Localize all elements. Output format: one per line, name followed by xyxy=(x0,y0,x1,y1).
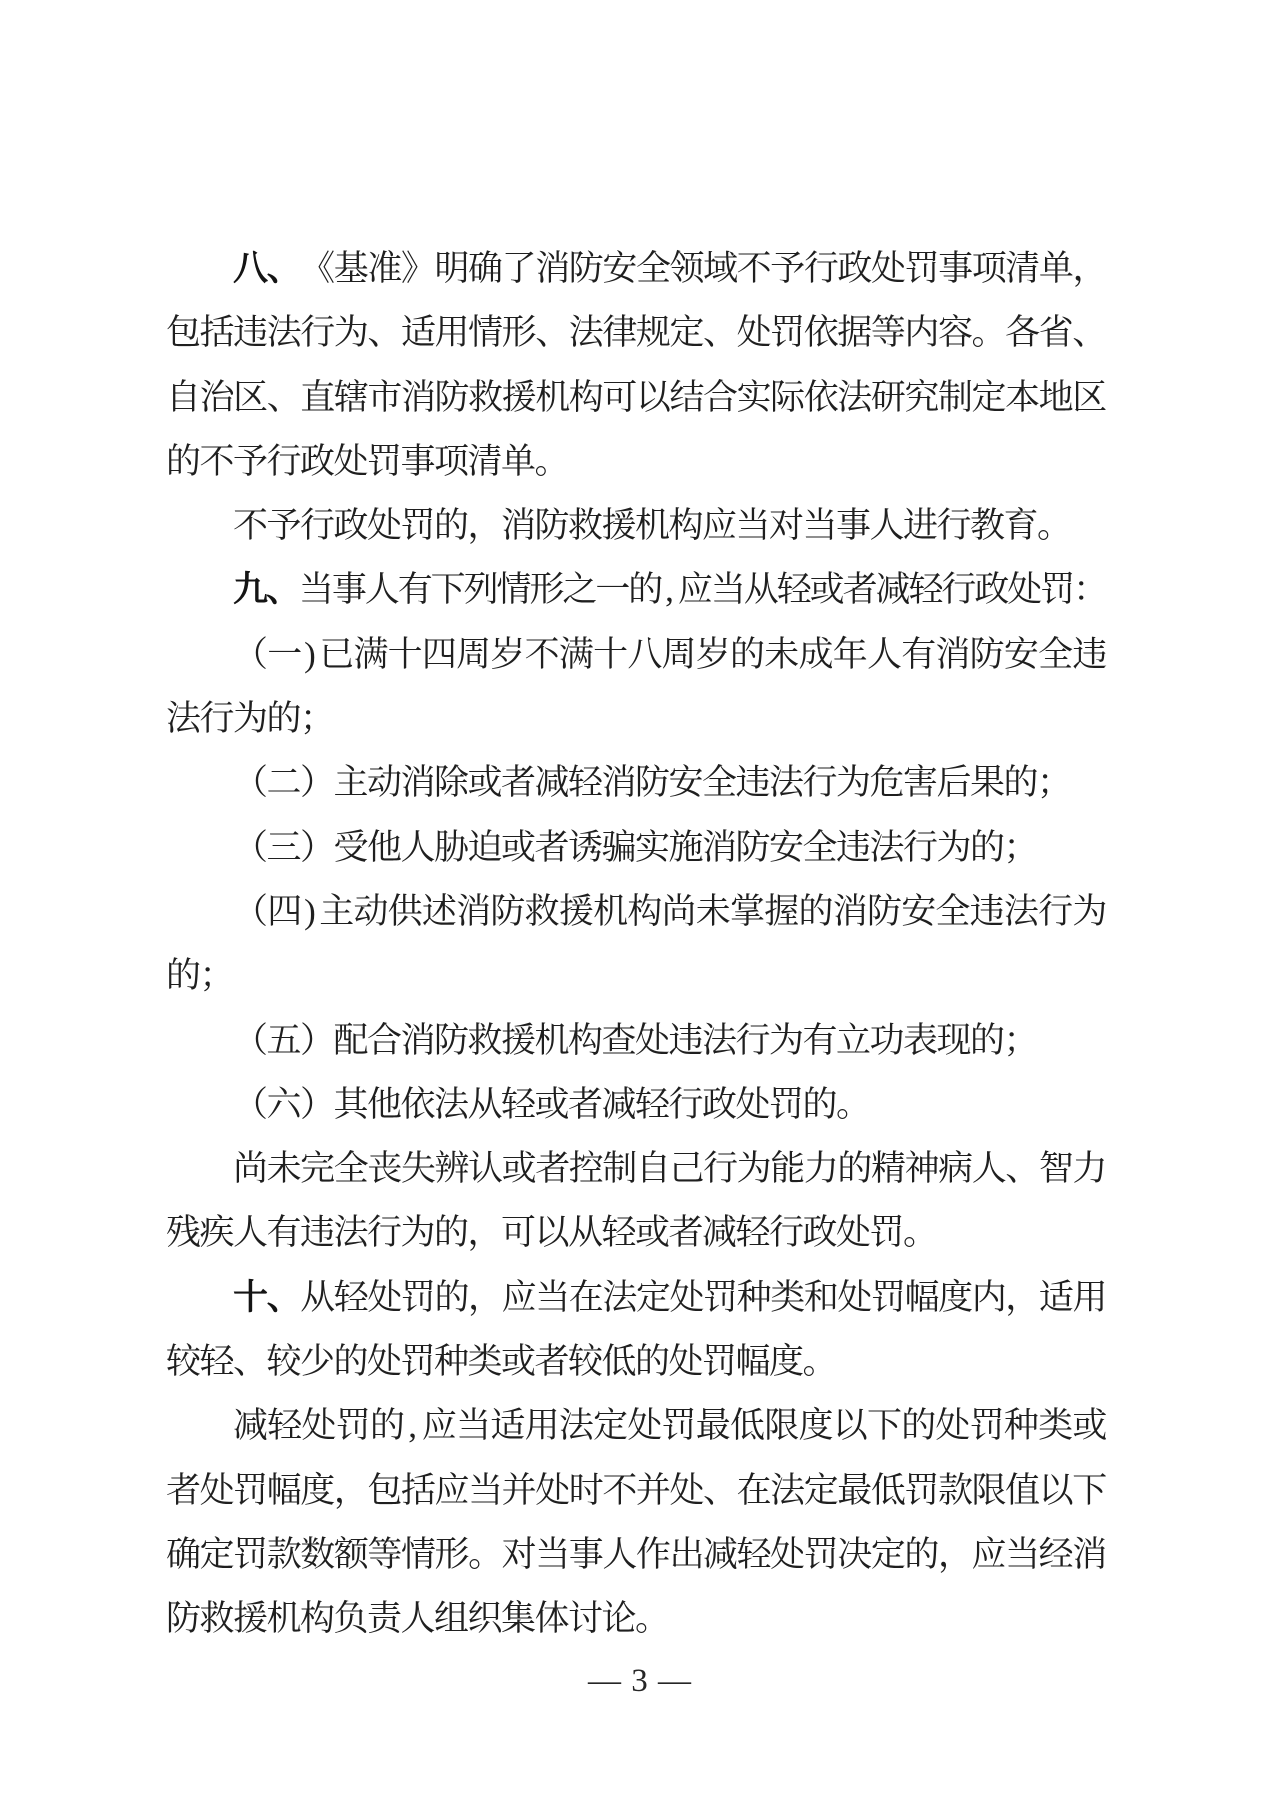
text-char: 成 xyxy=(798,623,832,687)
text-line: 确定罚款数额等情形。对当事人作出减轻处罚决定的，应当经消 xyxy=(166,1523,1106,1587)
text-char: 下 xyxy=(1072,1459,1106,1523)
text-char: ； xyxy=(1004,816,1038,880)
text-char: 处 xyxy=(367,1266,401,1330)
text-char: （ xyxy=(233,880,267,944)
text-char: 轻 xyxy=(267,1394,301,1458)
text-char: 合 xyxy=(703,366,737,430)
text-line: （三）受他人胁迫或者诱骗实施消防安全违法行为的； xyxy=(166,816,1106,880)
text-char: 认 xyxy=(468,1137,502,1201)
text-char: 救 xyxy=(200,1587,234,1651)
text-char: 低 xyxy=(730,1394,764,1458)
text-char: 构 xyxy=(669,494,703,558)
text-char: 四 xyxy=(267,880,301,944)
text-char: 直 xyxy=(300,366,334,430)
section-number-char: 八 xyxy=(233,237,267,301)
text-char: 法 xyxy=(166,687,200,751)
text-char: 律 xyxy=(602,301,636,365)
text-char: 依 xyxy=(804,366,838,430)
text-char: 时 xyxy=(569,1459,603,1523)
text-char: 政 xyxy=(702,1073,736,1137)
text-char: 当 xyxy=(1005,1523,1039,1587)
section-number-char: 九 xyxy=(233,558,266,622)
text-char: 下 xyxy=(867,1394,901,1458)
text-line: （六）其他依法从轻或者减轻行政处罚的。 xyxy=(166,1073,1106,1137)
text-char: 、 xyxy=(703,1459,737,1523)
text-char: 度 xyxy=(938,1266,972,1330)
text-char: 三 xyxy=(267,816,301,880)
text-char: 五 xyxy=(267,1009,301,1073)
text-char: 罚 xyxy=(970,1394,1004,1458)
text-char: ， xyxy=(938,1523,972,1587)
text-char: 准 xyxy=(367,237,401,301)
text-char: 四 xyxy=(422,623,456,687)
text-char: 不 xyxy=(233,494,267,558)
text-char: 未 xyxy=(764,623,798,687)
text-char: 事 xyxy=(569,1523,603,1587)
text-char: 的 xyxy=(803,1073,837,1137)
text-char: 消 xyxy=(935,623,969,687)
text-char: 种 xyxy=(434,1330,468,1394)
text-char: 种 xyxy=(1004,1394,1038,1458)
text-char: 最 xyxy=(696,1394,730,1458)
text-char: 减 xyxy=(233,1394,267,1458)
text-char: 应 xyxy=(678,558,711,622)
text-char: 违 xyxy=(233,301,267,365)
text-char: 防 xyxy=(166,1587,200,1651)
text-char: 违 xyxy=(300,1201,334,1265)
text-char: 减 xyxy=(535,751,569,815)
text-char: 度 xyxy=(798,1394,832,1458)
text-char: 应 xyxy=(502,1266,536,1330)
text-char: 、 xyxy=(1072,301,1106,365)
text-char: 应 xyxy=(972,1523,1006,1587)
text-char: 或 xyxy=(502,1137,536,1201)
text-char: 从 xyxy=(300,1266,334,1330)
text-char: 并 xyxy=(502,1459,536,1523)
text-char: 二 xyxy=(267,751,301,815)
text-char: 包 xyxy=(367,1459,401,1523)
text-char: 疾 xyxy=(200,1201,234,1265)
text-char: 安 xyxy=(602,237,636,301)
text-char: 确 xyxy=(166,1523,200,1587)
text-char: 为 xyxy=(769,1009,803,1073)
text-char: 处 xyxy=(301,1394,335,1458)
text-char: 。 xyxy=(836,1073,870,1137)
text-char: 区 xyxy=(233,366,267,430)
text-char: 制 xyxy=(602,1137,636,1201)
text-char: 罚 xyxy=(804,1523,838,1587)
text-char: 减 xyxy=(703,1523,737,1587)
text-char: ， xyxy=(1072,237,1106,301)
text-char: 处 xyxy=(670,1266,704,1330)
text-char: 行 xyxy=(300,301,334,365)
text-char: 的 xyxy=(730,623,764,687)
text-char: 行 xyxy=(300,494,334,558)
text-char: 消 xyxy=(401,1009,435,1073)
text-char: 值 xyxy=(1005,1459,1039,1523)
text-char: 构 xyxy=(300,1587,334,1651)
text-char: 罚 xyxy=(769,1073,803,1137)
text-char: 情 xyxy=(468,301,502,365)
text-char: 法 xyxy=(770,1459,804,1523)
text-char: 消 xyxy=(833,880,867,944)
text-char: 者 xyxy=(535,816,569,880)
text-line: 法行为的； xyxy=(166,687,1106,751)
text-char: 之 xyxy=(562,558,595,622)
text-char: 或 xyxy=(501,816,535,880)
text-char: 危 xyxy=(870,751,904,815)
text-char: ） xyxy=(300,1009,334,1073)
text-char: 行 xyxy=(267,430,301,494)
text-char: 人 xyxy=(233,1201,267,1265)
text-char: 据 xyxy=(837,301,871,365)
text-char: 幅 xyxy=(736,1330,770,1394)
text-char: 当 xyxy=(535,1523,569,1587)
text-char: 消 xyxy=(501,494,535,558)
text-char: ； xyxy=(200,944,234,1008)
text-char: 、 xyxy=(1005,1137,1039,1201)
text-char: 结 xyxy=(669,366,703,430)
text-char: 度 xyxy=(300,1459,334,1523)
text-char: 十 xyxy=(593,623,627,687)
text-char: ， xyxy=(468,494,502,558)
text-char: 罚 xyxy=(401,1330,435,1394)
text-char: 消 xyxy=(456,880,490,944)
text-char: ， xyxy=(468,1201,502,1265)
text-char: 罚 xyxy=(233,1459,267,1523)
text-char: 处 xyxy=(871,237,905,301)
text-char: 行 xyxy=(1038,880,1072,944)
text-char: 周 xyxy=(456,623,490,687)
text-line: 防救援机构负责人组织集体讨论。 xyxy=(166,1587,1106,1651)
text-char: 轻 xyxy=(737,1523,771,1587)
text-char: 定 xyxy=(593,1394,627,1458)
text-char: 立 xyxy=(836,1009,870,1073)
text-char: 款 xyxy=(938,1459,972,1523)
text-char: 力 xyxy=(1072,1137,1106,1201)
text-char: ) xyxy=(301,880,318,944)
text-char: 自 xyxy=(166,366,200,430)
text-char: 供 xyxy=(388,880,422,944)
text-char: 负 xyxy=(334,1587,368,1651)
text-char: 丧 xyxy=(367,1137,401,1201)
text-char: 少 xyxy=(300,1330,334,1394)
text-char: 用 xyxy=(525,1394,559,1458)
text-char: 配 xyxy=(334,1009,368,1073)
text-char: 责 xyxy=(367,1587,401,1651)
text-char: 现 xyxy=(937,1009,971,1073)
text-line: 不予行政处罚的，消防救援机构应当对当事人进行教育。 xyxy=(166,494,1106,558)
text-char: 己 xyxy=(670,1137,704,1201)
text-char: 岁 xyxy=(490,623,524,687)
text-char: 罚 xyxy=(871,1266,905,1330)
text-char: 用 xyxy=(1072,1266,1106,1330)
text-char: 清 xyxy=(1005,237,1039,301)
text-char: 援 xyxy=(559,880,593,944)
text-char: 的 xyxy=(434,494,468,558)
text-char: ， xyxy=(468,1266,502,1330)
text-char: 法 xyxy=(769,751,803,815)
text-char: 组 xyxy=(434,1587,468,1651)
text-char: 精 xyxy=(871,1137,905,1201)
text-char: , xyxy=(404,1394,421,1458)
text-char: 全 xyxy=(334,1137,368,1201)
text-char: 本 xyxy=(1005,366,1039,430)
text-char: 人 xyxy=(401,1587,435,1651)
text-char: 度 xyxy=(769,1330,803,1394)
text-char: 构 xyxy=(627,880,661,944)
text-char: 其 xyxy=(334,1073,368,1137)
text-char: 以 xyxy=(833,1394,867,1458)
text-line: （一)已满十四周岁不满十八周岁的未成年人有消防安全违 xyxy=(166,623,1106,687)
text-char: 法 xyxy=(1004,880,1038,944)
text-char: 规 xyxy=(636,301,670,365)
text-char: 种 xyxy=(737,1266,771,1330)
text-char: 市 xyxy=(367,366,401,430)
text-char: 尚 xyxy=(233,1137,267,1201)
text-char: 轻 xyxy=(635,1073,669,1137)
text-char: （ xyxy=(233,1073,267,1137)
text-char: 法 xyxy=(569,301,603,365)
text-char: 。 xyxy=(903,1201,937,1265)
text-char: 制 xyxy=(938,366,972,430)
text-char: 罚 xyxy=(662,1394,696,1458)
text-char: 处 xyxy=(334,430,368,494)
text-char: 。 xyxy=(972,301,1006,365)
text-char: 在 xyxy=(569,1266,603,1330)
text-char: 对 xyxy=(502,1523,536,1587)
text-char: 进 xyxy=(903,494,937,558)
text-char: 的 xyxy=(370,1394,404,1458)
text-char: 已 xyxy=(319,623,353,687)
text-char: 岁 xyxy=(696,623,730,687)
text-char: 机 xyxy=(535,366,569,430)
text-char: 类 xyxy=(468,1330,502,1394)
text-char: 当 xyxy=(535,1266,569,1330)
text-char: 予 xyxy=(770,237,804,301)
text-char: 或 xyxy=(501,1330,535,1394)
text-char: 作 xyxy=(636,1523,670,1587)
text-char: 较 xyxy=(568,1330,602,1394)
text-char: 内 xyxy=(972,1266,1006,1330)
text-char: 低 xyxy=(602,1330,636,1394)
text-char: 施 xyxy=(669,816,703,880)
text-char: 事 xyxy=(401,430,435,494)
text-char: 。 xyxy=(803,1330,837,1394)
text-char: 等 xyxy=(871,301,905,365)
section-number-char: 、 xyxy=(267,237,301,301)
text-char: （ xyxy=(233,623,267,687)
text-char: 款 xyxy=(267,1523,301,1587)
text-char: 安 xyxy=(769,816,803,880)
text-char: 胁 xyxy=(434,816,468,880)
text-char: 处 xyxy=(736,1073,770,1137)
text-char: 表 xyxy=(903,1009,937,1073)
text-line: 较轻、较少的处罚种类或者较低的处罚幅度。 xyxy=(166,1330,1106,1394)
text-line: 八、《基准》明确了消防安全领域不予行政处罚事项清单， xyxy=(166,237,1106,301)
text-char: 违 xyxy=(970,880,1004,944)
text-char: 力 xyxy=(804,1137,838,1201)
text-char: 体 xyxy=(535,1587,569,1651)
text-char: ； xyxy=(300,687,334,751)
text-char: 罚 xyxy=(336,1394,370,1458)
text-char: 消 xyxy=(401,751,435,815)
section-number-char: 十 xyxy=(233,1266,267,1330)
document-body: 八、《基准》明确了消防安全领域不予行政处罚事项清单，包括违法行为、适用情形、法律… xyxy=(166,237,1106,1652)
text-char: 消 xyxy=(1072,1523,1106,1587)
text-char: 或 xyxy=(535,1073,569,1137)
text-char: 轻 xyxy=(908,558,941,622)
text-char: 救 xyxy=(568,494,602,558)
text-char: 的 xyxy=(635,1330,669,1394)
text-char: 者 xyxy=(535,1330,569,1394)
text-char: 满 xyxy=(353,623,387,687)
text-char: 的 xyxy=(970,1009,1004,1073)
text-char: 的 xyxy=(334,1330,368,1394)
text-char: 内 xyxy=(904,301,938,365)
text-char: 基 xyxy=(334,237,368,301)
text-line: 十、从轻处罚的，应当在法定处罚种类和处罚幅度内，适用 xyxy=(166,1266,1106,1330)
text-line: （五）配合消防救援机构查处违法行为有立功表现的； xyxy=(166,1009,1106,1073)
text-char: 括 xyxy=(200,301,234,365)
text-char: 动 xyxy=(367,751,401,815)
text-char: 法 xyxy=(434,1073,468,1137)
text-char: 予 xyxy=(267,494,301,558)
text-char: 能 xyxy=(770,1137,804,1201)
text-char: 决 xyxy=(837,1523,871,1587)
text-char: 机 xyxy=(535,1009,569,1073)
text-char: 安 xyxy=(901,880,935,944)
text-char: 或 xyxy=(635,1201,669,1265)
text-char: 罚 xyxy=(1040,558,1073,622)
text-char: 自 xyxy=(636,1137,670,1201)
text-char: 当 xyxy=(803,494,837,558)
text-char: 减 xyxy=(876,558,909,622)
text-char: 除 xyxy=(434,751,468,815)
text-char: 失 xyxy=(401,1137,435,1201)
text-char: 功 xyxy=(870,1009,904,1073)
text-char: 机 xyxy=(267,1587,301,1651)
text-char: 当 xyxy=(299,558,332,622)
text-char: 行 xyxy=(941,558,974,622)
text-char: 。 xyxy=(635,1587,669,1651)
text-char: 行 xyxy=(703,1137,737,1201)
text-char: 有 xyxy=(901,623,935,687)
text-char: 违 xyxy=(669,1009,703,1073)
text-char: 罚 xyxy=(401,1266,435,1330)
text-char: 年 xyxy=(833,623,867,687)
text-char: 地 xyxy=(1039,366,1073,430)
text-char: 者 xyxy=(843,558,876,622)
text-line: 减轻处罚的,应当适用法定处罚最低限度以下的处罚种类或 xyxy=(166,1394,1106,1458)
text-char: 罚 xyxy=(905,237,939,301)
text-char: 行 xyxy=(803,751,837,815)
text-char: 握 xyxy=(764,880,798,944)
text-char: 。 xyxy=(535,430,569,494)
text-char: 限 xyxy=(972,1459,1006,1523)
text-char: ） xyxy=(300,751,334,815)
text-char: 人 xyxy=(365,558,398,622)
text-char: 轻 xyxy=(334,1266,368,1330)
text-char: 情 xyxy=(497,558,530,622)
text-char: 的 xyxy=(970,816,1004,880)
text-char: 研 xyxy=(871,366,905,430)
text-char: 果 xyxy=(970,751,1004,815)
text-char: 救 xyxy=(468,1009,502,1073)
text-char: 的 xyxy=(837,1137,871,1201)
text-char: 的 xyxy=(628,558,661,622)
text-char: 当 xyxy=(456,1394,490,1458)
text-char: 形 xyxy=(502,301,536,365)
text-char: 不 xyxy=(200,430,234,494)
text-char: 轻 xyxy=(501,1073,535,1137)
text-char: 处 xyxy=(367,1330,401,1394)
text-char: 不 xyxy=(525,623,559,687)
text-char: 、 xyxy=(233,1330,267,1394)
text-char: 者 xyxy=(501,751,535,815)
text-char: 或 xyxy=(468,751,502,815)
text-char: 查 xyxy=(602,1009,636,1073)
text-char: ， xyxy=(1005,1266,1039,1330)
section-number-char: 、 xyxy=(267,1266,301,1330)
text-char: 诱 xyxy=(568,816,602,880)
text-char: 法 xyxy=(267,301,301,365)
text-char: 者 xyxy=(568,1073,602,1137)
text-char: 论 xyxy=(602,1587,636,1651)
text-char: 动 xyxy=(353,880,387,944)
text-char: 容 xyxy=(938,301,972,365)
text-char: 行 xyxy=(367,1201,401,1265)
text-char: 防 xyxy=(434,1009,468,1073)
text-char: 主 xyxy=(319,880,353,944)
text-char: ） xyxy=(300,1073,334,1137)
text-char: 的 xyxy=(798,880,832,944)
text-char: 织 xyxy=(468,1587,502,1651)
text-char: 包 xyxy=(166,301,200,365)
text-char: 定 xyxy=(200,1523,234,1587)
text-char: ） xyxy=(300,816,334,880)
text-char: 经 xyxy=(1039,1523,1073,1587)
text-char: 援 xyxy=(501,1009,535,1073)
text-char: 处 xyxy=(200,1459,234,1523)
text-char: 防 xyxy=(635,751,669,815)
text-char: 防 xyxy=(435,366,469,430)
text-char: 未 xyxy=(696,880,730,944)
text-line: （二）主动消除或者减轻消防安全违法行为危害后果的； xyxy=(166,751,1106,815)
text-char: 依 xyxy=(401,1073,435,1137)
text-char: 、 xyxy=(703,301,737,365)
text-char: 处 xyxy=(935,1394,969,1458)
text-char: 行 xyxy=(769,1201,803,1265)
text-line: 的； xyxy=(166,944,1106,1008)
text-char: 或 xyxy=(1072,1394,1106,1458)
text-char: 在 xyxy=(737,1459,771,1523)
text-char: 教 xyxy=(970,494,1004,558)
text-char: 一 xyxy=(267,623,301,687)
text-char: 掌 xyxy=(730,880,764,944)
text-char: 的 xyxy=(1004,751,1038,815)
text-char: 构 xyxy=(569,366,603,430)
text-char: 的 xyxy=(166,944,200,1008)
text-char: ； xyxy=(1037,751,1071,815)
text-char: 周 xyxy=(662,623,696,687)
text-char: 和 xyxy=(804,1266,838,1330)
text-char: 人 xyxy=(867,623,901,687)
text-char: 究 xyxy=(904,366,938,430)
text-char: 害 xyxy=(903,751,937,815)
text-char: 的 xyxy=(901,1394,935,1458)
text-char: 行 xyxy=(669,1073,703,1137)
